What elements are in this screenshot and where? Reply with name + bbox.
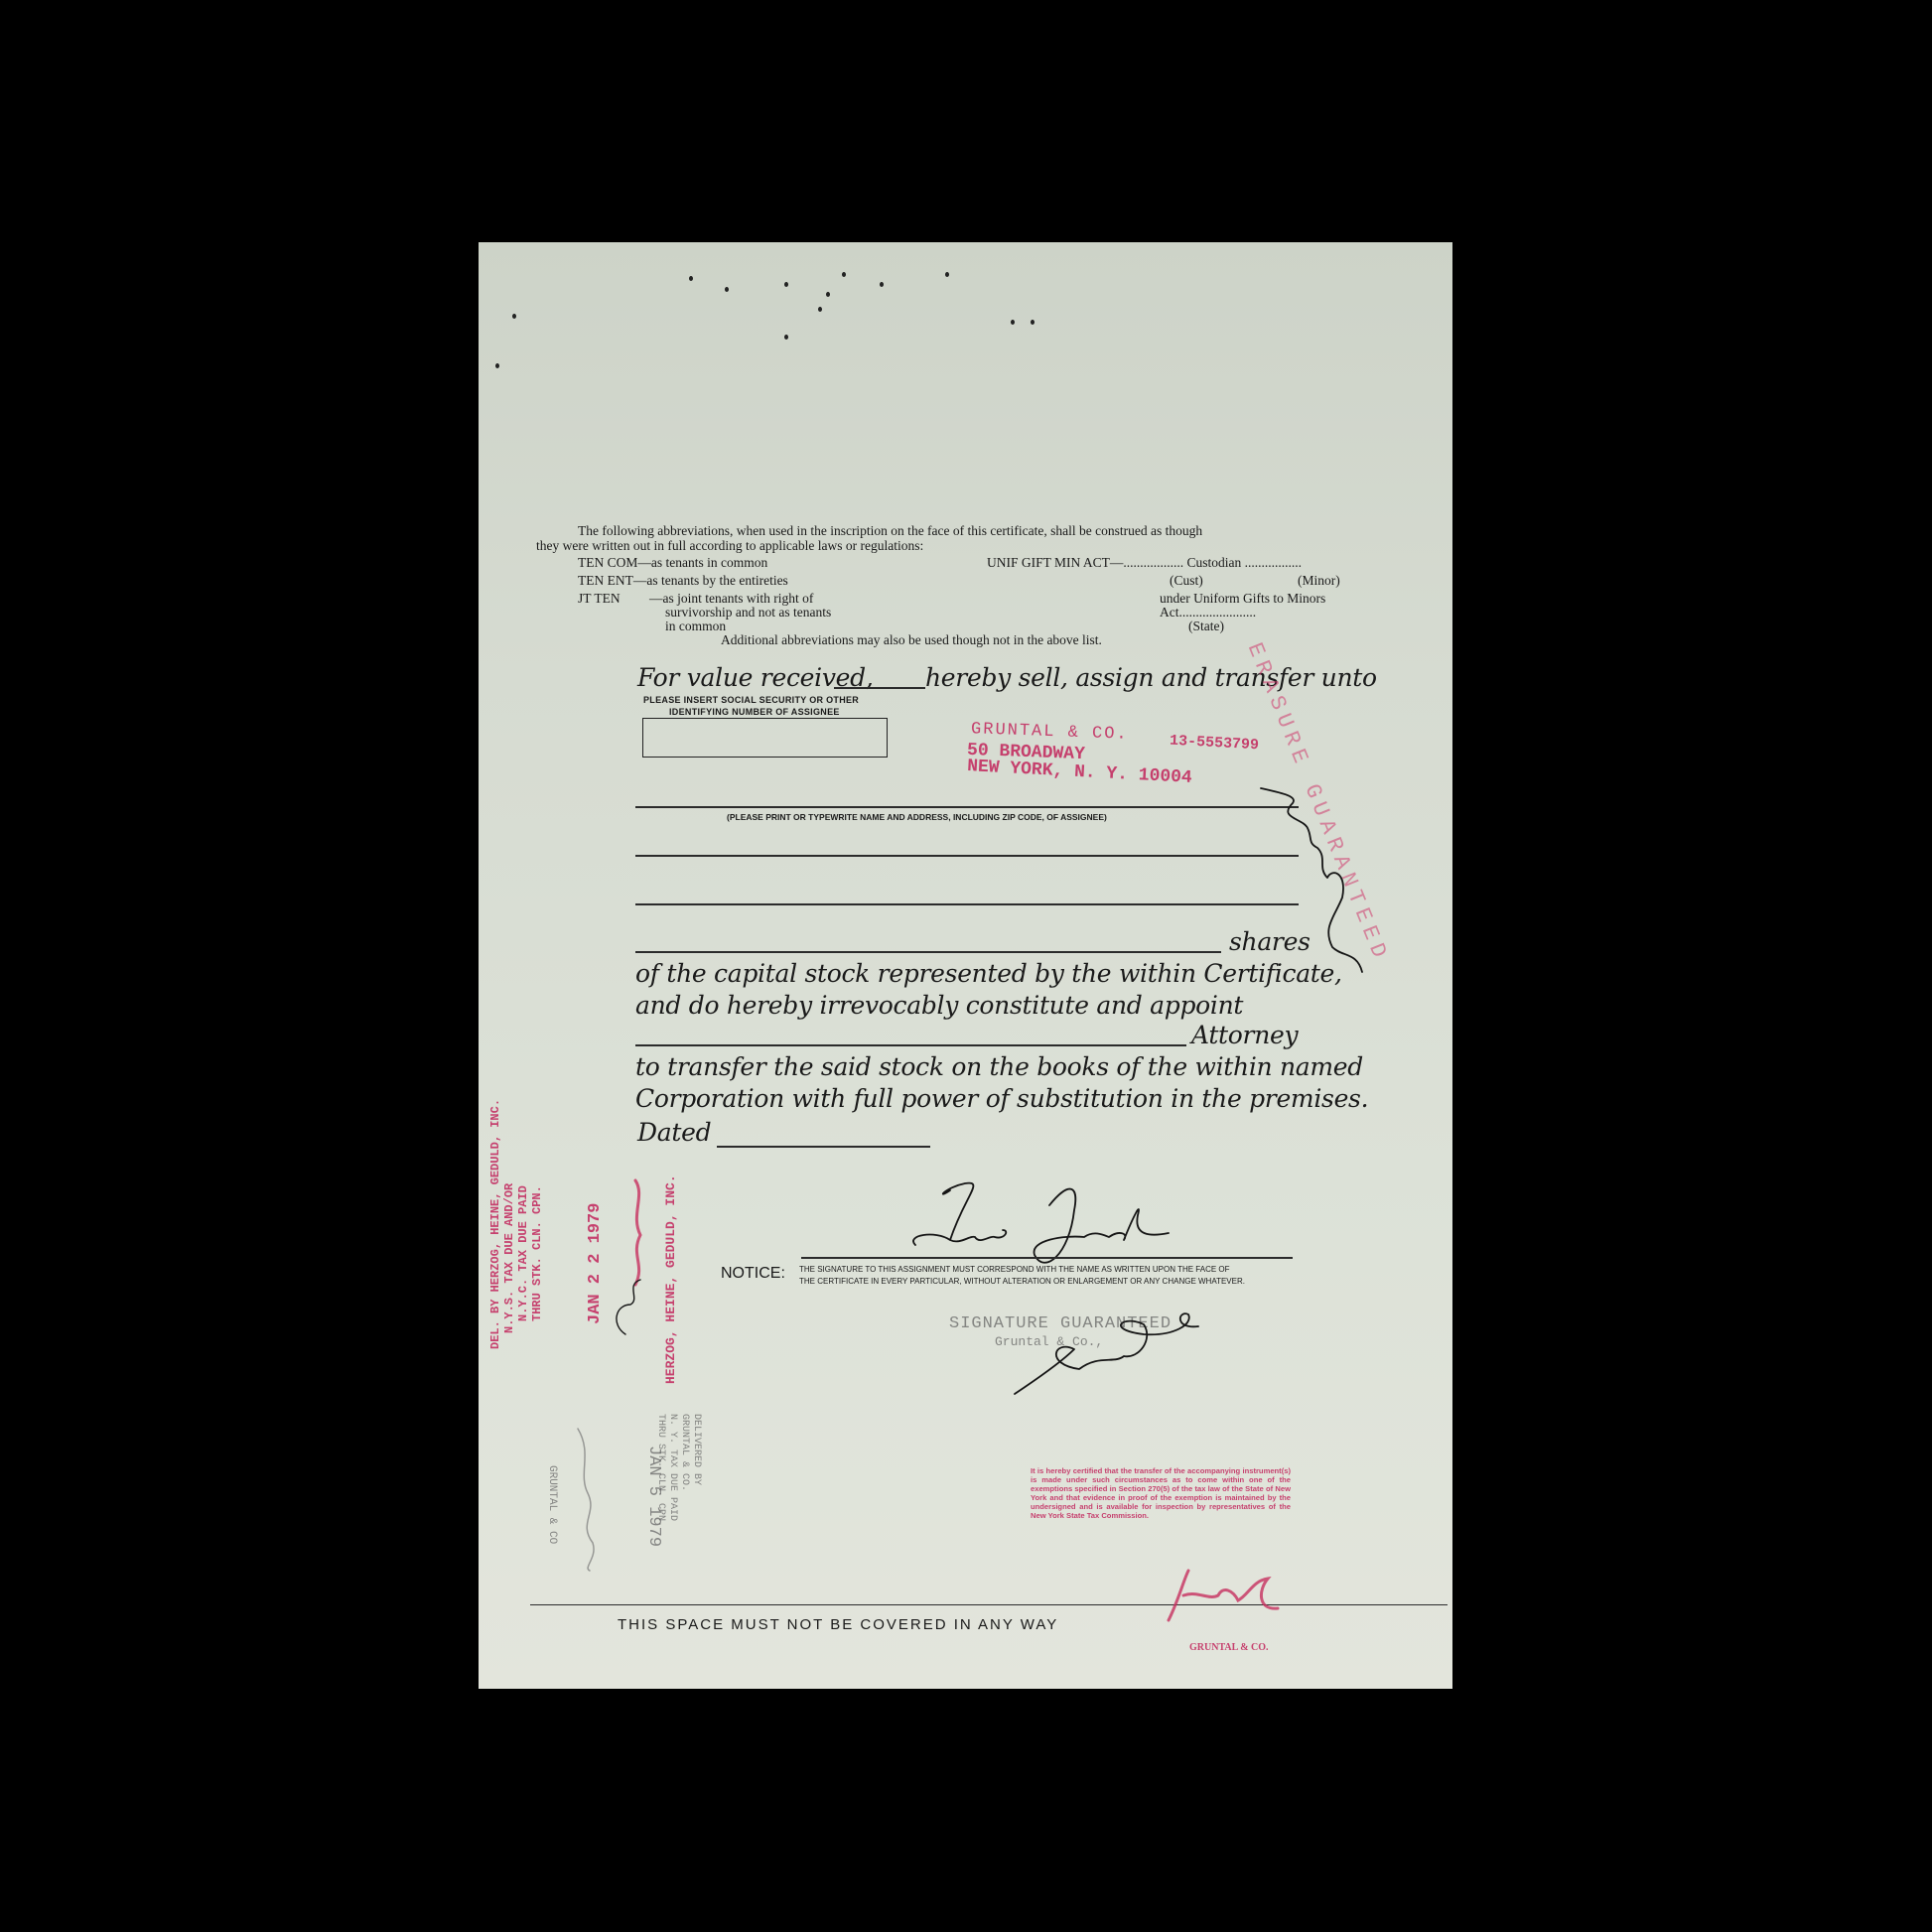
corporation-text: Corporation with full power of substitut…: [635, 1084, 1368, 1113]
notice-text-1: THE SIGNATURE TO THIS ASSIGNMENT MUST CO…: [799, 1265, 1230, 1274]
assignee-name-line[interactable]: [635, 806, 1299, 808]
gruntal-line-1: DELIVERED BY: [690, 1414, 702, 1527]
notice-text-2: THE CERTIFICATE IN EVERY PARTICULAR, WIT…: [799, 1277, 1245, 1286]
abbr-ten-ent: TEN ENT—as tenants by the entireties: [578, 572, 788, 589]
gruntal-date-stamp: JAN 5 1979: [644, 1446, 663, 1547]
gruntal-line-3: N. Y. TAX DUE PAID: [666, 1414, 678, 1527]
ssn-label-1: PLEASE INSERT SOCIAL SECURITY OR OTHER: [643, 695, 859, 705]
gruntal-firm-stamp: GRUNTAL & CO: [546, 1465, 558, 1544]
shares-line[interactable]: [635, 951, 1221, 953]
gruntal-red-signature: [1164, 1561, 1293, 1630]
dated-line[interactable]: [717, 1146, 930, 1148]
herzog-date-stamp: JAN 2 2 1979: [586, 1203, 605, 1324]
space-notice: THIS SPACE MUST NOT BE COVERED IN ANY WA…: [618, 1616, 1058, 1633]
gruntal-line-2: GRUNTAL & CO.: [678, 1414, 690, 1527]
ssn-input-box[interactable]: [642, 718, 888, 758]
ssn-label-2: IDENTIFYING NUMBER OF ASSIGNEE: [669, 707, 840, 717]
tax-certification-stamp: It is hereby certified that the transfer…: [1031, 1466, 1291, 1520]
abbr-state: (State): [1188, 618, 1224, 634]
owner-signature: [896, 1175, 1193, 1275]
abbr-additional: Additional abbreviations may also be use…: [721, 631, 1102, 648]
gruntal-vertical-signature: [568, 1424, 608, 1573]
herzog-signature: [606, 1175, 665, 1344]
herzog-line-3: N.Y.C. TAX DUE PAID: [516, 1131, 530, 1349]
abbr-minor: (Minor): [1298, 572, 1340, 589]
appoint-text: and do hereby irrevocably constitute and…: [635, 991, 1243, 1020]
stock-certificate-back: The following abbreviations, when used i…: [479, 242, 1452, 1689]
abbr-ten-com: TEN COM—as tenants in common: [578, 554, 767, 571]
signature-line[interactable]: [801, 1257, 1293, 1259]
guarantor-signature: [1005, 1305, 1233, 1404]
erasure-signature: [1253, 778, 1372, 977]
herzog-line-1: DEL. BY HERZOG, HEINE, GEDULD, INC.: [488, 1131, 502, 1349]
footer-firm-stamp: GRUNTAL & CO.: [1189, 1642, 1269, 1653]
herzog-line-2: N.Y.S. TAX DUE AND/OR: [502, 1131, 516, 1349]
abbr-jt-ten-3: in common: [665, 618, 726, 634]
herzog-firm-stamp: HERZOG, HEINE, GEDULD, INC.: [663, 1174, 678, 1384]
abbreviations-intro-2: they were written out in full according …: [536, 537, 923, 554]
herzog-line-4: THRU STK. CLN. CPN.: [530, 1131, 544, 1349]
abbr-unif-gift: UNIF GIFT MIN ACT—.................. Cus…: [987, 554, 1302, 571]
dated-label: Dated: [637, 1118, 711, 1147]
hereby-sell-assign: hereby sell, assign and transfer unto: [925, 663, 1377, 692]
transfer-text: to transfer the said stock on the books …: [635, 1052, 1363, 1081]
footer-divider: [530, 1604, 1448, 1605]
abbr-cust: (Cust): [1170, 572, 1203, 589]
assignee-tax-id: 13-5553799: [1170, 733, 1260, 755]
attorney-label: Attorney: [1191, 1021, 1298, 1049]
notice-label: NOTICE:: [721, 1265, 785, 1283]
capital-stock-text: of the capital stock represented by the …: [635, 959, 1342, 988]
attorney-line[interactable]: [635, 1044, 1186, 1046]
address-line-3[interactable]: [635, 903, 1299, 905]
abbr-jt-ten-label: JT TEN: [578, 590, 621, 607]
name-address-label: (PLEASE PRINT OR TYPEWRITE NAME AND ADDR…: [727, 812, 1107, 822]
address-line-2[interactable]: [635, 855, 1299, 857]
